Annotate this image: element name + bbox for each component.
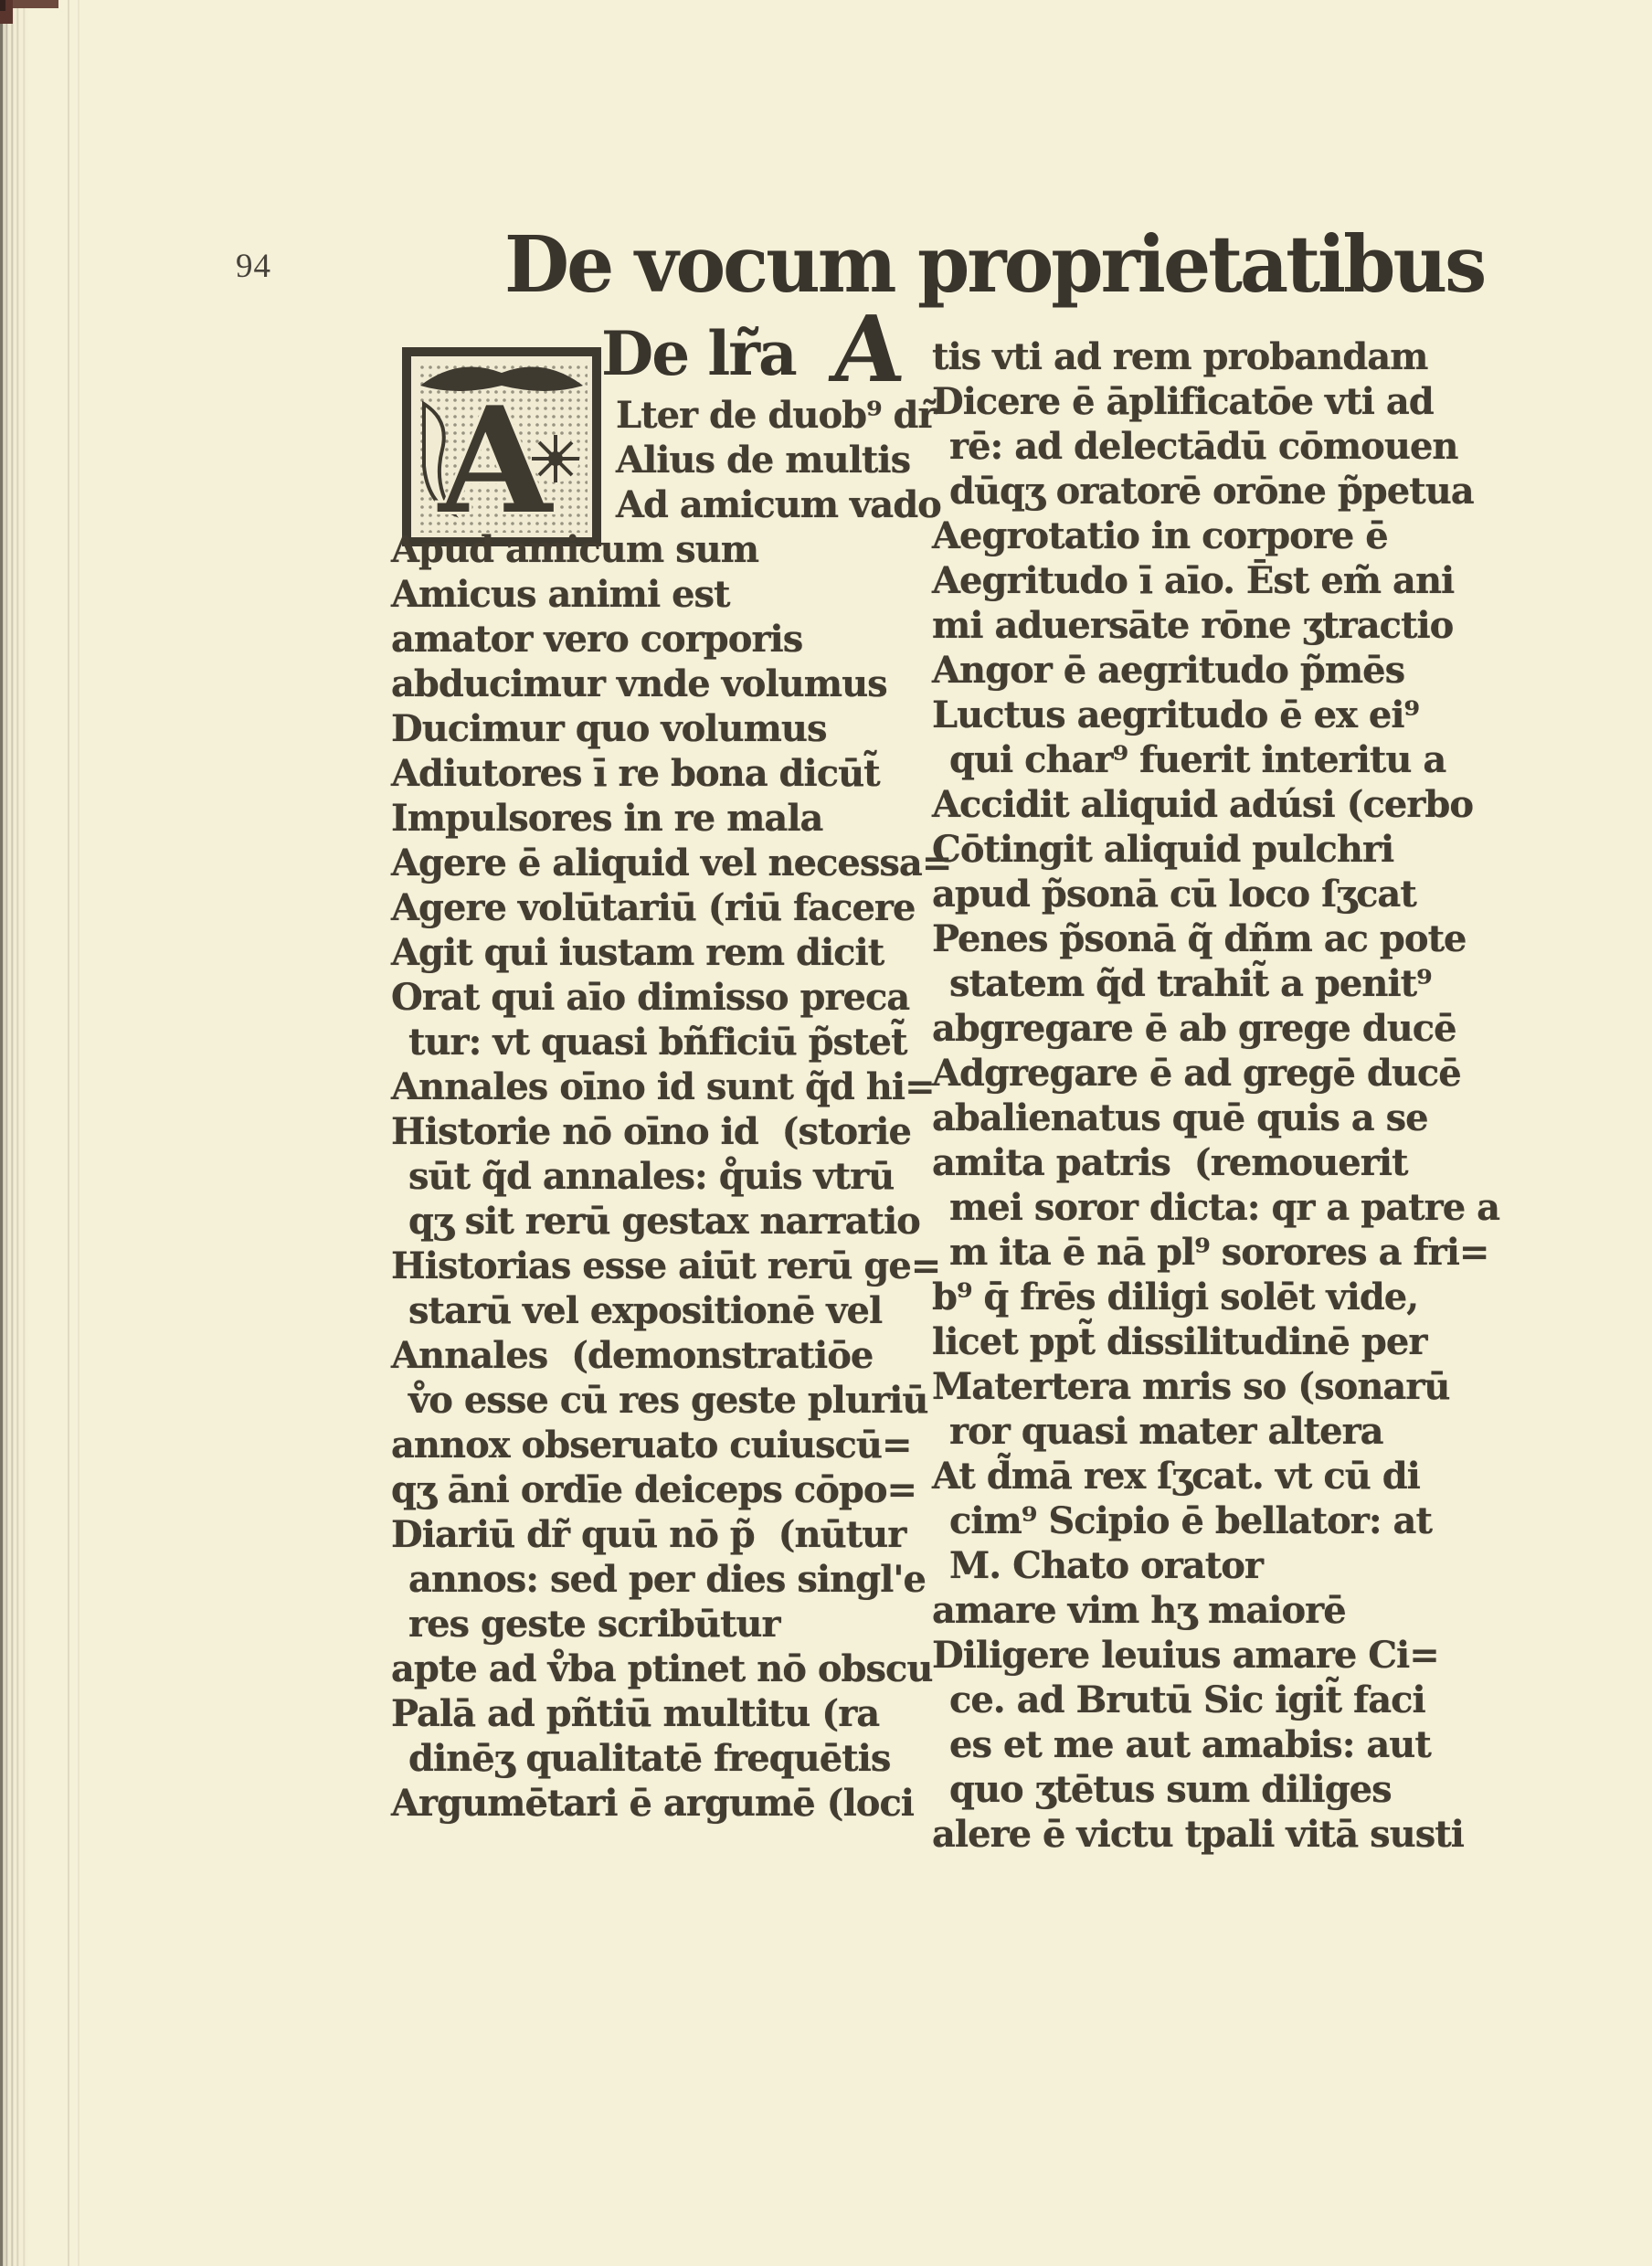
text-line: abalienatus quē quis a se bbox=[932, 1096, 1636, 1140]
text-line: Agit qui iustam rem dicit bbox=[391, 930, 936, 975]
page-edge-line bbox=[68, 0, 69, 2266]
text-line: Historias esse aiūt rerū ge= bbox=[391, 1244, 936, 1288]
text-line: Historie nō oīno id (storie bbox=[391, 1109, 936, 1154]
text-line: qʒ sit rerū gestax narratio bbox=[391, 1199, 936, 1244]
text-line: Annales (demonstratiōe bbox=[391, 1333, 936, 1378]
text-line: sūt q̃d annales: q̊uis vtrū bbox=[391, 1154, 936, 1199]
text-line: apud p̃sonā cū loco ſʒcat bbox=[932, 872, 1636, 916]
text-line: Impulsores in re mala bbox=[391, 796, 936, 841]
text-line: Palā ad pñtiū multitu (ra bbox=[391, 1691, 936, 1736]
text-line: dinēʒ qualitatē frequētis bbox=[391, 1736, 936, 1781]
decorated-initial-woodcut: A bbox=[402, 347, 601, 546]
text-line: abducimur vnde volumus bbox=[391, 662, 936, 706]
text-line: Aegritudo ī aīo. Ēst em̃ ani bbox=[932, 558, 1636, 603]
right-column: tis vti ad rem probandamDicere ē āplific… bbox=[932, 334, 1636, 1857]
text-line: Annales oīno id sunt q̃d hi= bbox=[391, 1064, 936, 1109]
text-line: Argumētari ē argumē (loci bbox=[391, 1781, 936, 1826]
text-line: apte ad v̊ba ptinet nō obscu bbox=[391, 1647, 936, 1691]
text-line: amita patris (remouerit bbox=[932, 1140, 1636, 1185]
book-gutter-edge bbox=[0, 0, 31, 2266]
text-line: Ad amicum vado bbox=[616, 482, 945, 527]
text-line: m ita ē nā pl⁹ sorores a fri= bbox=[932, 1230, 1636, 1275]
page-number: 94 bbox=[236, 247, 271, 286]
text-line: Luctus aegritudo ē ex ei⁹ bbox=[932, 693, 1636, 737]
text-line: Cōtingit aliquid pulchri bbox=[932, 827, 1636, 872]
text-line: starū vel expositionē vel bbox=[391, 1288, 936, 1333]
text-line: b⁹ q̄ frēs diligi solēt vide, bbox=[932, 1275, 1636, 1319]
left-column: Apud amicum sumAmicus animi estamator ve… bbox=[391, 527, 936, 1826]
text-line: Penes p̃sonā q̃ dñm ac pote bbox=[932, 916, 1636, 961]
text-line: Alius de multis bbox=[616, 438, 945, 482]
text-line: ce. ad Brutū Sic igit̃ faci bbox=[932, 1678, 1636, 1722]
initial-letter: A bbox=[437, 375, 554, 546]
text-line: amare vim hʒ maiorē bbox=[932, 1588, 1636, 1633]
text-line: quo ʒtētus sum diliges bbox=[932, 1767, 1636, 1812]
text-line: amator vero corporis bbox=[391, 617, 936, 662]
text-line: Agere volūtariū (riū facere bbox=[391, 885, 936, 930]
text-line: Agere ē aliquid vel necessa= bbox=[391, 841, 936, 885]
subtitle-text: De lr̃a bbox=[601, 318, 796, 389]
text-line: Aegrotatio in corpore ē bbox=[932, 514, 1636, 558]
text-line: Matertera mris so (sonarū bbox=[932, 1364, 1636, 1409]
text-line: mei soror dicta: qr a patre a bbox=[932, 1185, 1636, 1230]
text-line: ror quasi mater altera bbox=[932, 1409, 1636, 1454]
text-line: alere ē victu tpali vitā susti bbox=[932, 1812, 1636, 1857]
text-line: dūqʒ oratorē orōne p̃petua bbox=[932, 469, 1636, 514]
text-line: annos: sed per dies singl'e bbox=[391, 1557, 936, 1602]
text-line: v̊o esse cū res geste pluriū bbox=[391, 1378, 936, 1423]
text-line: qui char⁹ fuerit interitu a bbox=[932, 737, 1636, 782]
text-line: Diariū dr̃ quū nō p̃ (nūtur bbox=[391, 1512, 936, 1557]
text-line: At d̃mā rex ſʒcat. vt cū di bbox=[932, 1454, 1636, 1498]
binding-corner-dark bbox=[0, 0, 5, 11]
text-line: abgregare ē ab grege ducē bbox=[932, 1006, 1636, 1051]
text-line: Lter de duob⁹ dr̃ bbox=[616, 393, 945, 438]
text-line: licet ppt̃ dissilitudinē per bbox=[932, 1319, 1636, 1364]
text-line: mi aduersāte rōne ʒtractio bbox=[932, 603, 1636, 648]
text-line: es et me aut amabis: aut bbox=[932, 1722, 1636, 1767]
text-line: qʒ āni ordīe deiceps cōpo= bbox=[391, 1467, 936, 1512]
subtitle-initial-letter: A bbox=[828, 303, 908, 395]
text-line: Accidit aliquid adúsi (cerbo bbox=[932, 782, 1636, 827]
text-line: Angor ē aegritudo p̃mēs bbox=[932, 648, 1636, 693]
section-subtitle: De lr̃a A bbox=[601, 318, 903, 395]
text-line: M. Chato orator bbox=[932, 1543, 1636, 1588]
text-line: Apud amicum sum bbox=[391, 527, 936, 572]
text-line: rē: ad delectādū cōmouen bbox=[932, 424, 1636, 469]
book-page: 94 De vocum proprietatibus De lr̃a A A L… bbox=[0, 0, 1652, 2266]
text-line: cim⁹ Scipio ē bellator: at bbox=[932, 1498, 1636, 1543]
text-line: Diligere leuius amare Ci= bbox=[932, 1633, 1636, 1678]
text-line: Dicere ē āplificatōe vti ad bbox=[932, 379, 1636, 424]
text-line: res geste scribūtur bbox=[391, 1602, 936, 1647]
text-line: annox obseruato cuiuscū= bbox=[391, 1423, 936, 1467]
page-edge-line-inner bbox=[78, 0, 79, 2266]
text-line: Orat qui aīo dimisso preca bbox=[391, 975, 936, 1020]
text-line: statem q̃d trahit̃ a penit⁹ bbox=[932, 961, 1636, 1006]
text-line: tur: vt quasi bñficiū p̃stet̃ bbox=[391, 1020, 936, 1064]
text-line: Amicus animi est bbox=[391, 572, 936, 617]
text-line: Adiutores ī re bona dicūt̃ bbox=[391, 751, 936, 796]
text-line: Ducimur quo volumus bbox=[391, 706, 936, 751]
left-column-beside-initial: Lter de duob⁹ dr̃Alius de multisAd amicu… bbox=[616, 393, 945, 527]
text-line: Adgregare ē ad gregē ducē bbox=[932, 1051, 1636, 1096]
text-line: tis vti ad rem probandam bbox=[932, 334, 1636, 379]
page-title: De vocum proprietatibus bbox=[504, 219, 1484, 311]
